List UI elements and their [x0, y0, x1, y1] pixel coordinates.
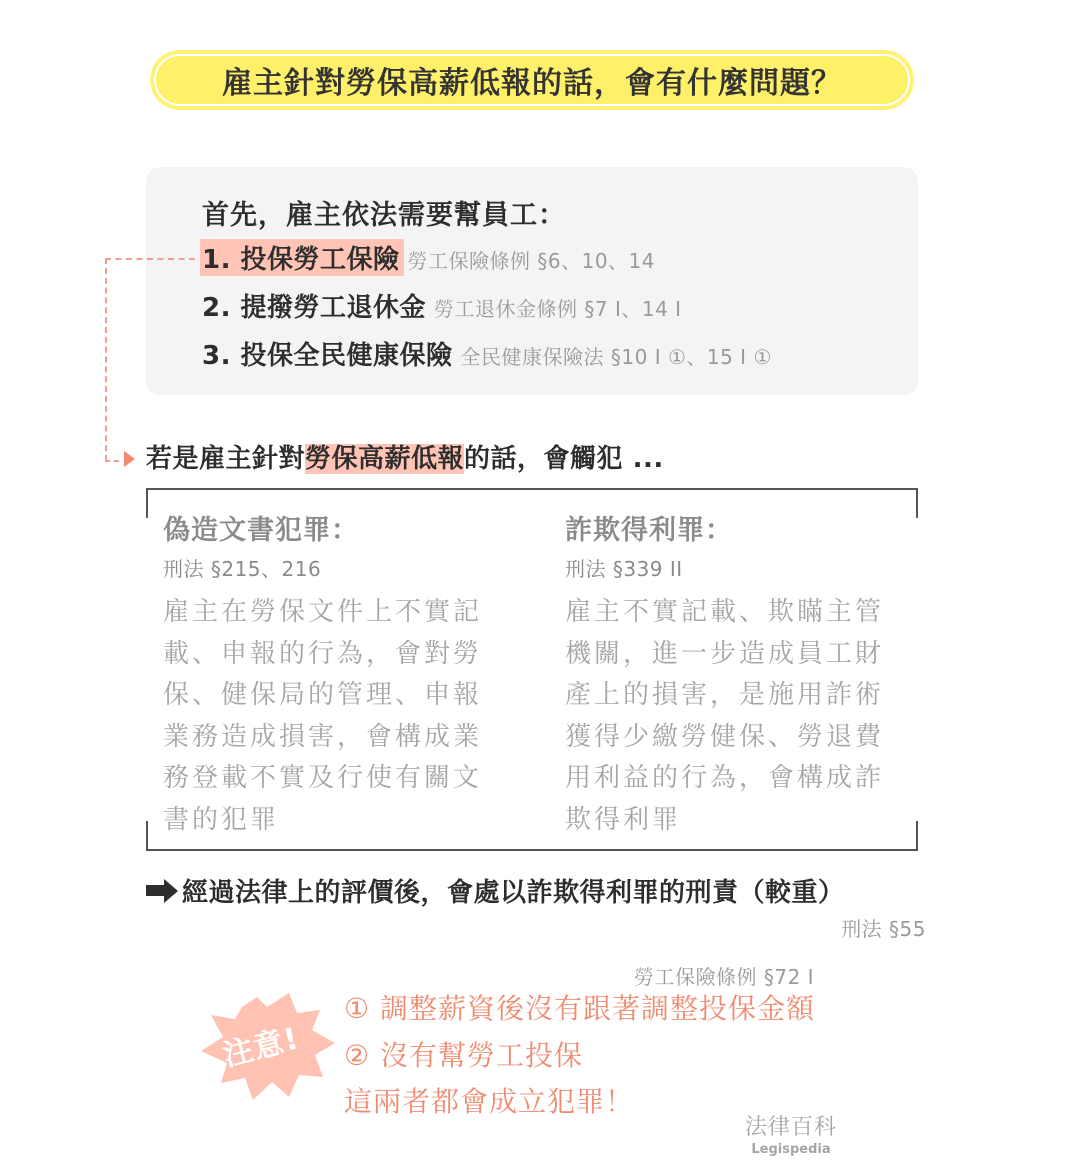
duty-item-health-insurance: 3. 投保全民健康保險 全民健康保險法 §10 I ①、15 I ①: [200, 335, 772, 372]
crime-title: 偽造文書犯罪：: [163, 508, 503, 547]
duty-law-ref: 勞工退休金條例 §7 I、14 I: [434, 293, 682, 322]
crime-description: 雇主不實記載、欺瞞主管機關，進一步造成員工財產上的損害，是施用詐術獲得少繳勞健保…: [565, 592, 905, 841]
connector-dashed-line: [105, 258, 195, 260]
consequence-statement: 若是雇主針對勞保高薪低報的話，會觸犯 ...: [146, 438, 664, 475]
brand-name-zh: 法律百科: [741, 1110, 841, 1141]
duty-law-ref: 全民健康保險法 §10 I ①、15 I ①: [461, 341, 772, 370]
crimes-bracket: 偽造文書犯罪： 刑法 §215、216 雇主在勞保文件上不實記載、申報的行為，會…: [146, 488, 918, 851]
crime-law-ref: 刑法 §215、216: [163, 553, 503, 582]
consequence-suffix: 的話，會觸犯 ...: [464, 444, 664, 474]
duty-label: 2. 提撥勞工退休金: [200, 287, 430, 324]
consequence-highlight: 勞保高薪低報: [305, 444, 464, 474]
crime-description: 雇主在勞保文件上不實記載、申報的行為，會對勞保、健保局的管理、申報業務造成損害，…: [163, 592, 503, 841]
duty-label: 3. 投保全民健康保險: [200, 335, 457, 372]
note-law-ref: 勞工保險條例 §72 I: [634, 961, 814, 990]
bracket-corner: [146, 488, 148, 518]
arrow-right-icon: [146, 879, 178, 903]
bracket-corner: [916, 488, 918, 518]
connector-dashed-line: [105, 258, 107, 461]
title-banner: 雇主針對勞保高薪低報的話，會有什麼問題？: [150, 50, 914, 110]
note-line: ① 調整薪資後沒有跟著調整投保金額: [344, 987, 815, 1027]
result-statement: 經過法律上的評價後，會處以詐欺得利罪的刑責（較重）: [146, 872, 845, 909]
bracket-line: [146, 849, 918, 851]
crime-forgery: 偽造文書犯罪： 刑法 §215、216 雇主在勞保文件上不實記載、申報的行為，會…: [163, 508, 503, 841]
bracket-line: [146, 488, 918, 490]
note-line: ② 沒有幫勞工投保: [344, 1034, 583, 1074]
result-text: 經過法律上的評價後，會處以詐欺得利罪的刑責（較重）: [182, 872, 845, 909]
duties-heading: 首先，雇主依法需要幫員工：: [202, 193, 566, 232]
duty-item-labor-insurance: 1. 投保勞工保險 勞工保險條例 §6、10、14: [200, 239, 655, 276]
duty-item-pension: 2. 提撥勞工退休金 勞工退休金條例 §7 I、14 I: [200, 287, 682, 324]
note-line: 這兩者都會成立犯罪！: [344, 1080, 634, 1120]
bracket-corner: [916, 821, 918, 851]
duty-label: 1. 投保勞工保險: [200, 239, 404, 276]
page-title: 雇主針對勞保高薪低報的話，會有什麼問題？: [154, 54, 910, 106]
employer-duties-panel: 首先，雇主依法需要幫員工： 1. 投保勞工保險 勞工保險條例 §6、10、14 …: [146, 167, 918, 395]
crime-title: 詐欺得利罪：: [565, 508, 905, 547]
crime-fraud: 詐欺得利罪： 刑法 §339 II 雇主不實記載、欺瞞主管機關，進一步造成員工財…: [565, 508, 905, 841]
connector-arrow-icon: [124, 451, 135, 467]
consequence-prefix: 若是雇主針對: [146, 444, 305, 474]
brand-logo: 法律百科 Legispedia: [741, 1110, 841, 1157]
bracket-corner: [146, 821, 148, 851]
duty-law-ref: 勞工保險條例 §6、10、14: [408, 245, 655, 274]
crime-law-ref: 刑法 §339 II: [565, 553, 905, 582]
result-law-ref: 刑法 §55: [841, 913, 926, 942]
connector-dashed-line: [105, 460, 119, 462]
brand-name-en: Legispedia: [741, 1142, 841, 1157]
